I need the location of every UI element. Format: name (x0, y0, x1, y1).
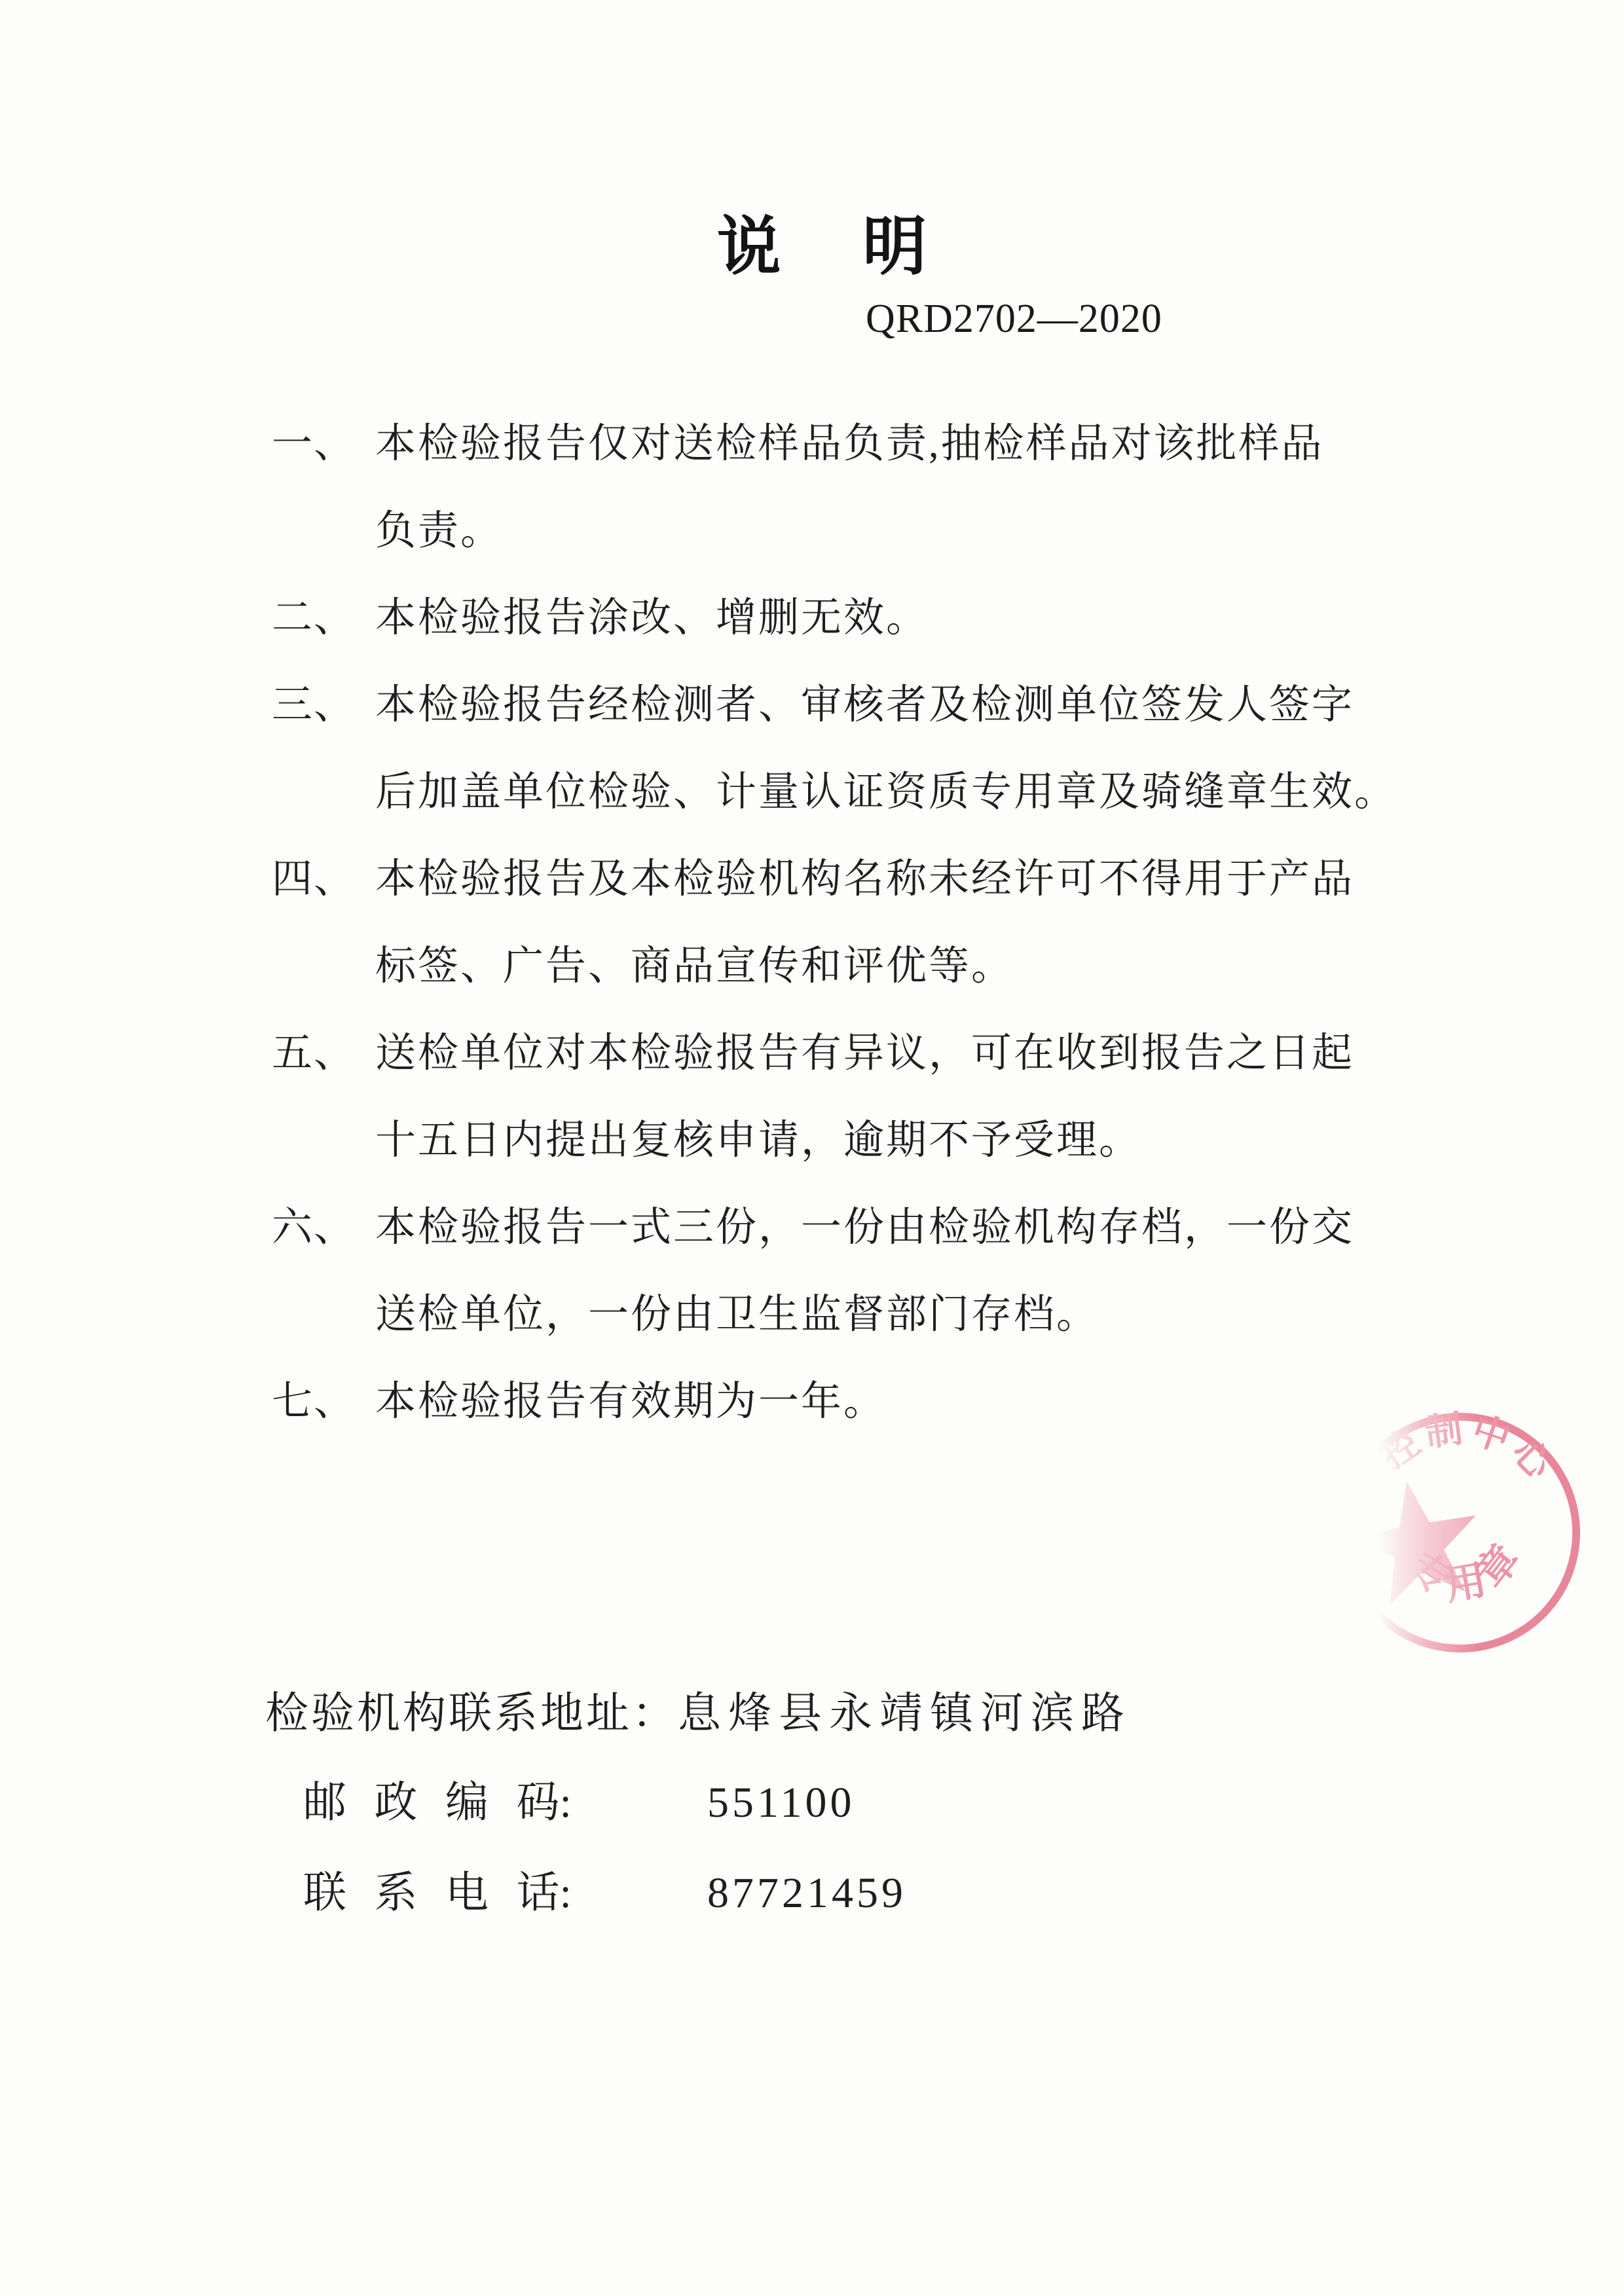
page-title: 说 明 (0, 195, 1624, 287)
note-number: 五、 (272, 1010, 375, 1097)
note-text: 负责。 (375, 488, 1424, 575)
postal-code-label: 邮 政 编 码: (303, 1773, 572, 1833)
note-text: 本检验报告及本检验机构名称未经许可不得用于产品 (375, 836, 1424, 923)
note-number: 四、 (272, 836, 375, 923)
note-number: 三、 (272, 662, 375, 749)
note-item-1: 一、 本检验报告仅对送检样品负责,抽检样品对该批样品 负责。 (272, 401, 1424, 575)
agency-address-value: 息烽县永靖镇河滨路 (678, 1690, 1132, 1738)
note-text: 送检单位对本检验报告有异议，可在收到报告之日起 (375, 1010, 1424, 1097)
note-text: 本检验报告经检测者、审核者及检测单位签发人签字 (375, 662, 1424, 749)
note-number: 六、 (272, 1184, 375, 1271)
note-text: 送检单位，一份由卫生监督部门存档。 (375, 1271, 1424, 1358)
note-text: 本检验报告有效期为一年。 (375, 1358, 1424, 1446)
phone-label: 联 系 电 话: (303, 1863, 572, 1923)
note-number: 一、 (272, 401, 375, 488)
note-item-2: 二、 本检验报告涂改、增删无效。 (272, 575, 1424, 662)
note-text: 本检验报告涂改、增删无效。 (375, 575, 1424, 662)
note-text: 本检验报告仅对送检样品负责,抽检样品对该批样品 (375, 401, 1424, 488)
phone-value: 87721459 (707, 1863, 906, 1923)
note-item-6: 六、 本检验报告一式三份，一份由检验机构存档，一份交 送检单位，一份由卫生监督部… (272, 1184, 1424, 1358)
notes-list: 一、 本检验报告仅对送检样品负责,抽检样品对该批样品 负责。 二、 本检验报告涂… (272, 401, 1424, 1446)
document-page: 说 明 QRD2702—2020 一、 本检验报告仅对送检样品负责,抽检样品对该… (0, 0, 1624, 2296)
agency-address-line: 检验机构联系地址：息烽县永靖镇河滨路 (265, 1684, 1132, 1744)
agency-address-label: 检验机构联系地址： (265, 1690, 678, 1738)
note-item-3: 三、 本检验报告经检测者、审核者及检测单位签发人签字 后加盖单位检验、计量认证资… (272, 662, 1424, 836)
postal-code-value: 551100 (707, 1773, 855, 1833)
note-item-5: 五、 送检单位对本检验报告有异议，可在收到报告之日起 十五日内提出复核申请，逾期… (272, 1010, 1424, 1184)
note-number: 二、 (272, 575, 375, 662)
seal-bottom-text: 专用章 (1395, 1526, 1539, 1616)
seal-star-icon (1346, 1471, 1489, 1609)
note-text: 十五日内提出复核申请，逾期不予受理。 (375, 1097, 1424, 1184)
note-text: 后加盖单位检验、计量认证资质专用章及骑缝章生效。 (375, 749, 1424, 836)
doc-code: QRD2702—2020 (866, 296, 1162, 342)
note-number: 七、 (272, 1358, 375, 1446)
note-text: 本检验报告一式三份，一份由检验机构存档，一份交 (375, 1184, 1424, 1271)
note-text: 标签、广告、商品宣传和评优等。 (375, 923, 1424, 1010)
note-item-7: 七、 本检验报告有效期为一年。 (272, 1358, 1424, 1446)
note-item-4: 四、 本检验报告及本检验机构名称未经许可不得用于产品 标签、广告、商品宣传和评优… (272, 836, 1424, 1010)
